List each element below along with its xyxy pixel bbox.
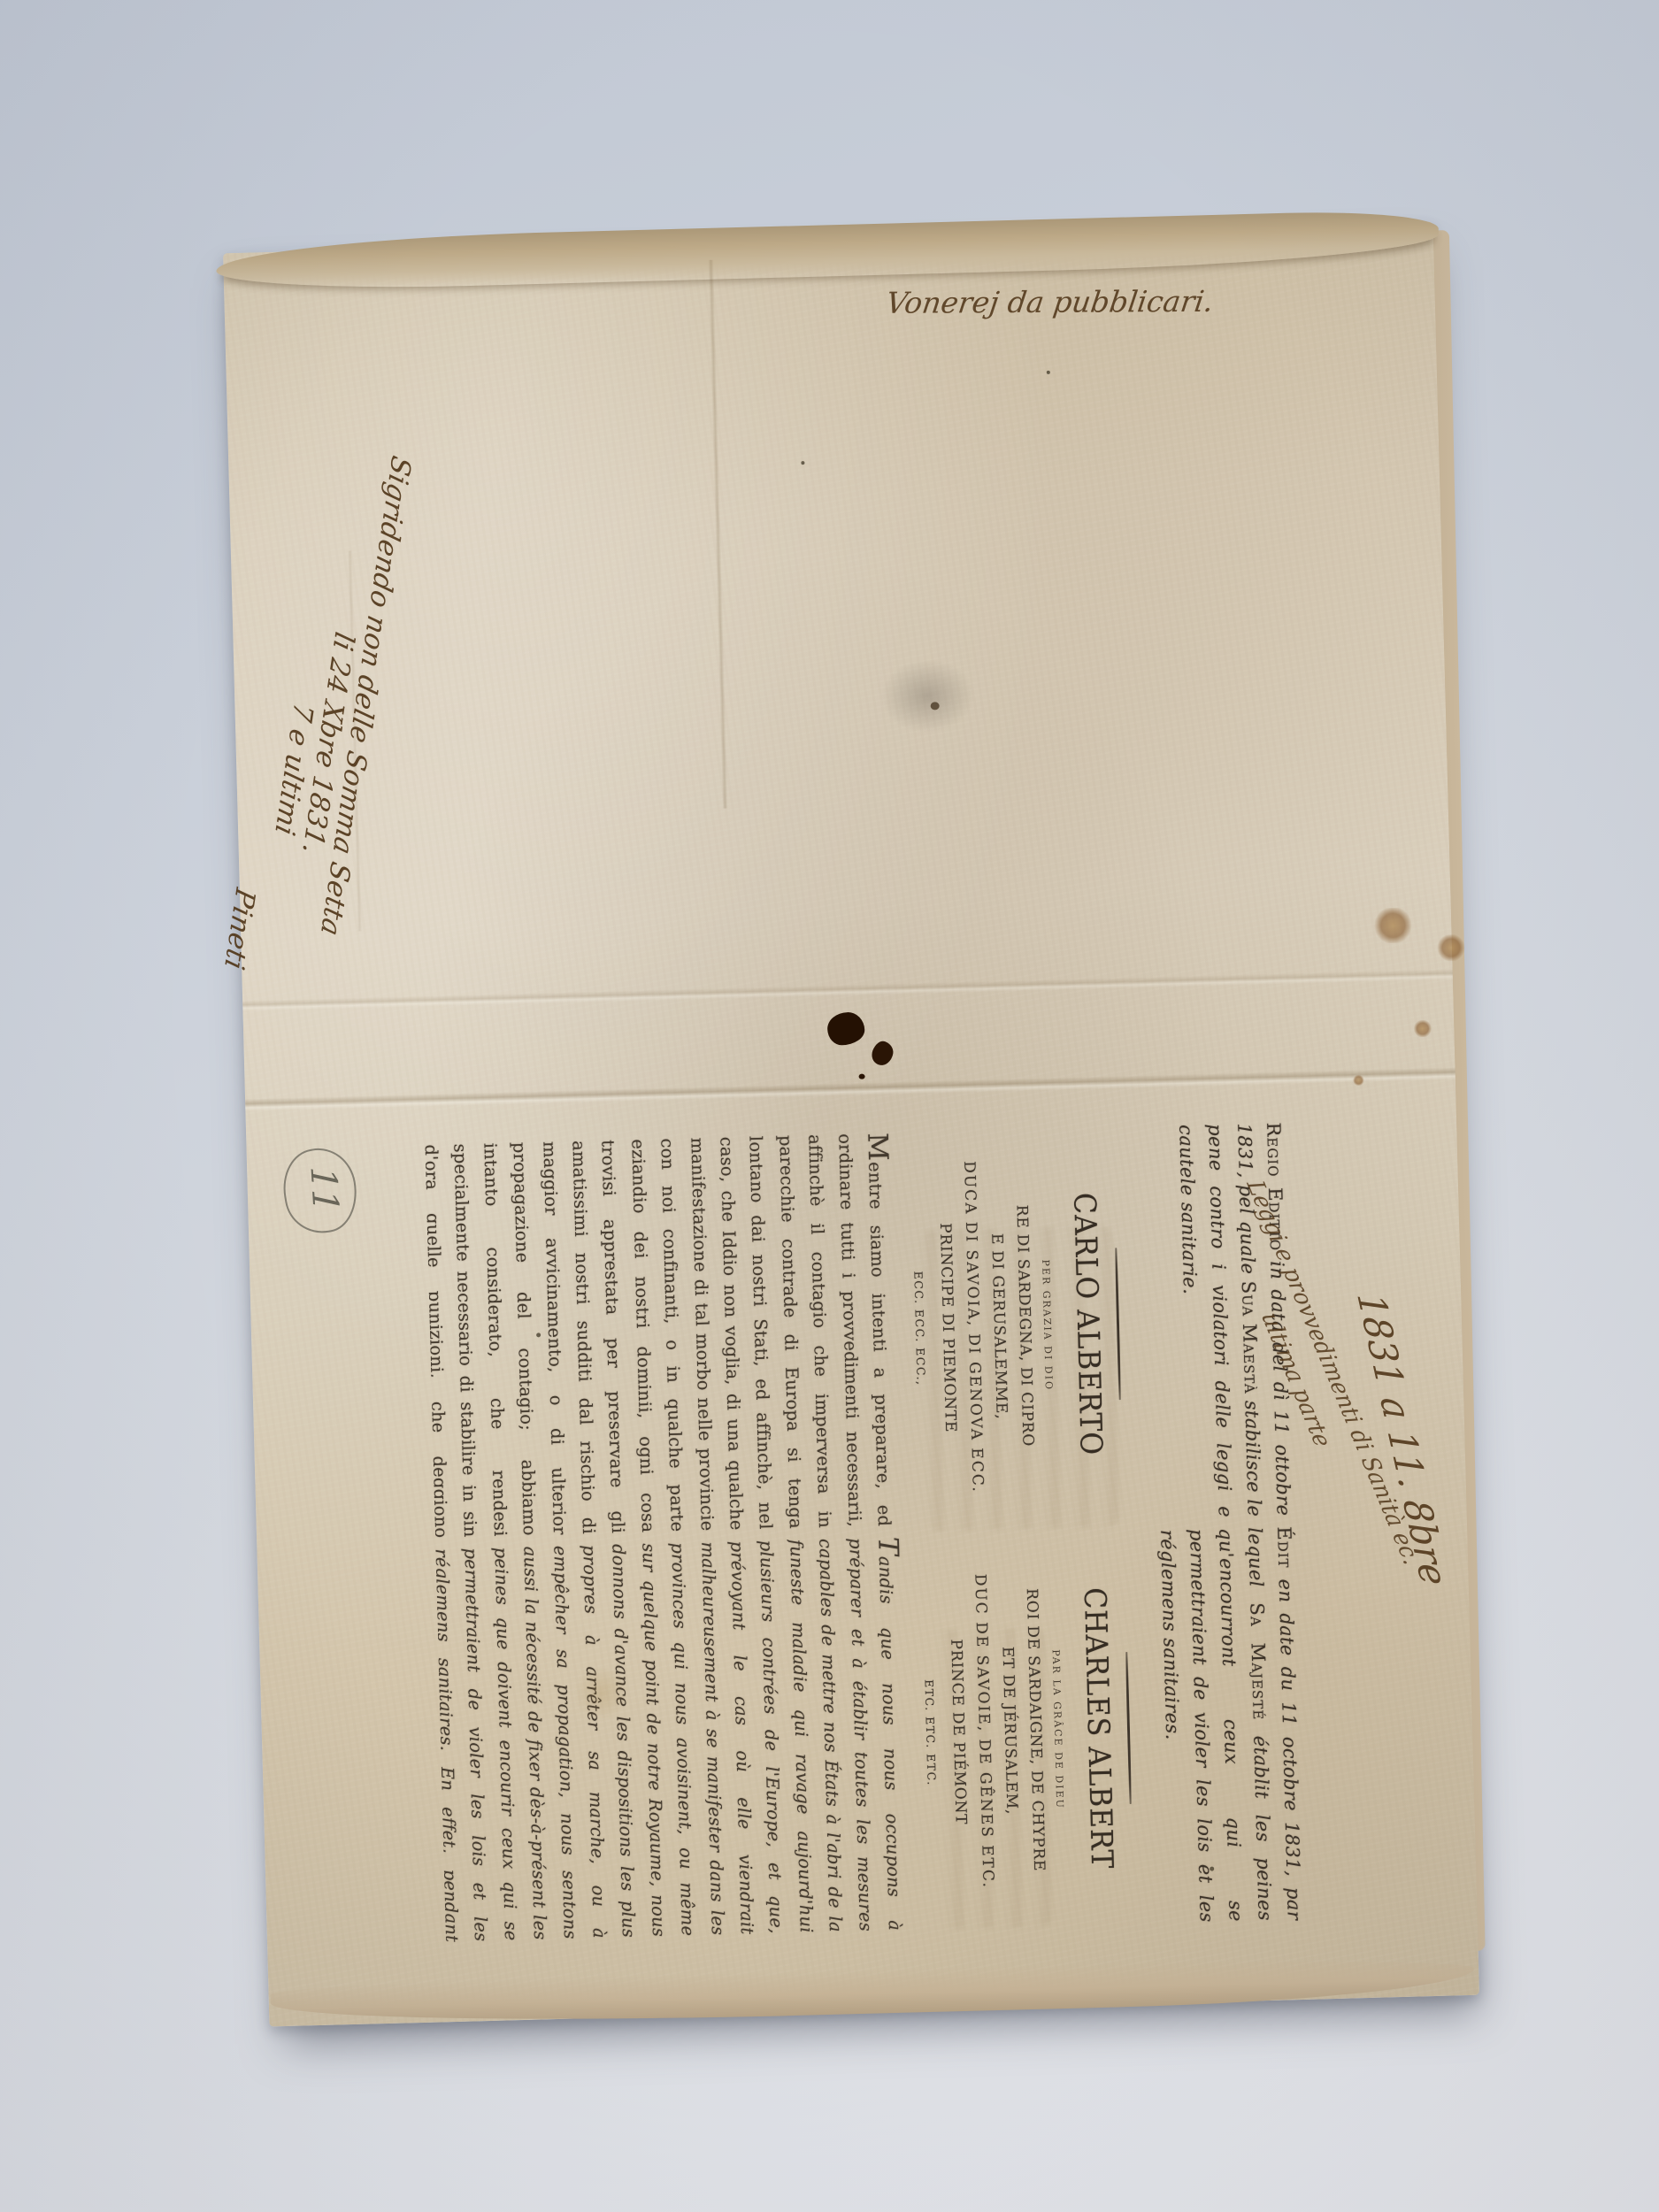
- bottom-deckle-edge: [270, 1954, 1475, 2030]
- margin-date-note: 1831 a 11. 8bre: [1348, 1293, 1450, 1554]
- brown-stain-2: [1437, 934, 1466, 962]
- two-column-layout: Regio Editto in data del dì 11 ottobre 1…: [425, 1115, 1318, 2000]
- body-initial-french: T: [872, 1537, 904, 1557]
- intro-tail-italian: stabilisce le pene contro i violatori de…: [1175, 1124, 1265, 1517]
- motto-italian: PER GRAZIA DI DIO: [1036, 1128, 1058, 1522]
- vertical-crease-center: [708, 260, 727, 809]
- dirt-speck-2: [801, 461, 804, 465]
- photo-backdrop: Regio Editto in data del dì 11 ottobre 1…: [0, 0, 1659, 2212]
- intro-text-italian: in data del dì 11 ottobre 1831, pel qual…: [1233, 1123, 1294, 1517]
- body-paragraph-french: Tandis que nous nous occupons à préparer…: [425, 1537, 912, 1943]
- brown-stain-1: [1373, 907, 1413, 943]
- top-fold-edge: [216, 209, 1440, 292]
- heading-line-french-5: ETC. ETC. ETC.: [918, 1536, 942, 1930]
- bleedthrough-ghost-text-italian: [921, 1225, 1119, 1532]
- horizontal-fold-crease: [245, 1067, 1455, 1111]
- heading-line-italian-5: ECC. ECC. ECC.,: [908, 1132, 932, 1525]
- heading-line-italian-4: PRINCIPE DI PIEMONTE: [933, 1131, 962, 1525]
- intro-lead2-french: Sa Majesté: [1246, 1602, 1270, 1720]
- ink-blot-main: [827, 1012, 865, 1046]
- body-text-french: andis que nous nous occupons à préparer …: [425, 1538, 905, 1943]
- brown-stain-3: [1413, 1020, 1432, 1038]
- body-text-italian: entre siamo intenti a preparare, ed ordi…: [425, 1133, 895, 1539]
- body-initial-italian: M: [861, 1133, 894, 1163]
- under-sheet-edge: [1419, 230, 1486, 1951]
- yellow-stain: [570, 1668, 633, 1719]
- small-hole: [931, 702, 940, 710]
- royal-title-italian: CARLO ALBERTO: [1065, 1142, 1110, 1505]
- italian-column: Regio Editto in data del dì 11 ottobre 1…: [425, 1122, 1306, 1539]
- margin-subject-note-line-2: ultima parte: [1199, 1186, 1404, 1604]
- vertical-crease-left: [348, 551, 362, 932]
- page-number: 11: [302, 1162, 346, 1216]
- motto-french: PAR LA GRÂCE DE DIEU: [1047, 1532, 1069, 1926]
- dirt-speck-3: [1047, 371, 1050, 374]
- intro-paragraph-french: Édit en date du 11 octobre 1831, par leq…: [1125, 1526, 1317, 1924]
- intro-text-french: en date du 11 octobre 1831, par lequel: [1244, 1527, 1305, 1921]
- brown-stain-4: [1353, 1075, 1364, 1086]
- margin-subject-note-line-1: Leggi e provvedimenti di Sanità ec.: [1235, 1177, 1440, 1595]
- printed-page: Regio Editto in data del dì 11 ottobre 1…: [425, 1115, 1318, 2000]
- handwritten-note-left-line-3: 7 e ultimi: [234, 438, 357, 1076]
- paper-sheet: Regio Editto in data del dì 11 ottobre 1…: [223, 221, 1479, 2026]
- center-smudge-stain: [878, 657, 977, 735]
- handwritten-note-left-line-2: li 24 Xbre 1831.: [263, 445, 387, 1083]
- intro-lead-french: Édit: [1273, 1526, 1295, 1569]
- bleedthrough-ghost-text-french: [931, 1627, 1052, 1929]
- intro-paragraph-italian: Regio Editto in data del dì 11 ottobre 1…: [1114, 1122, 1307, 1520]
- horizontal-crease-upper: [242, 969, 1453, 1011]
- margin-subject-note: Leggi e provvedimenti di Sanità ec. ulti…: [1192, 1177, 1440, 1606]
- french-column: Édit en date du 11 octobre 1831, par leq…: [435, 1526, 1317, 1943]
- intro-lead-italian: Regio Editto: [1263, 1122, 1287, 1251]
- handwritten-note-left: Sigridendo non delle Somma Setta li 24 X…: [184, 425, 416, 1090]
- handwritten-note-left-line-4: Pineti: [204, 430, 328, 1068]
- divider-rule-italian: [1115, 1248, 1122, 1400]
- dirt-speck-1: [536, 1333, 541, 1337]
- body-paragraph-italian: Mentre siamo intenti a preparare, ed ord…: [425, 1133, 902, 1539]
- page-number-circle: 11: [277, 1143, 363, 1239]
- headings-french: CHARLES ALBERT PAR LA GRÂCE DE DIEU ROI …: [902, 1531, 1121, 1930]
- royal-title-french: CHARLES ALBERT: [1076, 1547, 1121, 1909]
- intro-tail-french: établit les peines qu'encourront ceux qu…: [1156, 1528, 1276, 1923]
- paper-surface: [223, 221, 1479, 2026]
- headings-italian: CARLO ALBERTO PER GRAZIA DI DIO RE DI SA…: [891, 1127, 1110, 1526]
- paper-grain-texture: [223, 221, 1479, 2026]
- heading-line-italian-3: DUCA DI SAVOIA, DI GENOVA ECC.: [959, 1130, 987, 1524]
- ink-blot-satellite: [869, 1039, 896, 1068]
- heading-line-italian-1: RE DI SARDEGNA, DI CIPRO: [1010, 1129, 1039, 1523]
- heading-line-french-3: DUC DE SAVOIE, DE GÊNES ETC.: [970, 1534, 998, 1928]
- dirt-speck-4: [1210, 1867, 1214, 1871]
- ink-blot-speck: [859, 1074, 865, 1079]
- divider-rule-french: [1125, 1652, 1133, 1804]
- heading-line-french-4: PRINCE DE PIÉMONT: [944, 1535, 972, 1929]
- handwritten-note-left-line-1: Sigridendo non delle Somma Setta: [293, 453, 417, 1091]
- intro-lead2-italian: Sua Maestà: [1238, 1280, 1262, 1394]
- handwritten-note-top: Vonerej da pubblicari.: [884, 284, 1216, 320]
- heading-line-french-1: ROI DE SARDAIGNE, DE CHYPRE: [1021, 1533, 1049, 1927]
- heading-line-french-2: ET DE JÉRUSALEM,: [995, 1533, 1024, 1927]
- heading-line-italian-2: E DI GERUSALEMME,: [985, 1130, 1013, 1524]
